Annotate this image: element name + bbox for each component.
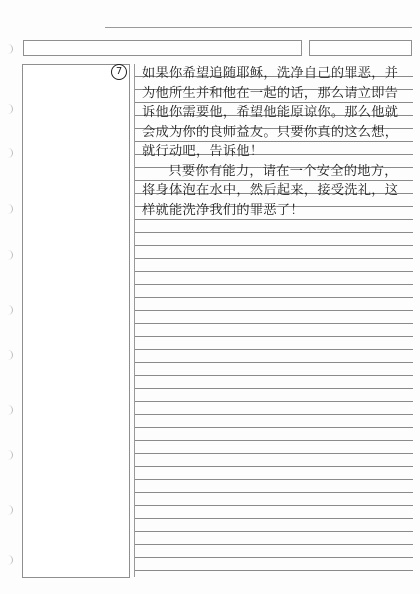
binder-hole-icon <box>6 350 13 360</box>
header-field-wide <box>23 40 302 56</box>
handwritten-text: 如果你希望追随耶稣，洗净自己的罪恶，并为他所生并和他在一起的话，那么请立即告诉他… <box>142 64 408 220</box>
margin-column <box>22 64 130 578</box>
binder-hole-icon <box>6 44 13 54</box>
header-rule <box>105 27 412 28</box>
header-field-small <box>309 40 412 56</box>
item-number-badge: 7 <box>111 64 127 80</box>
paragraph-1: 如果你希望追随耶稣，洗净自己的罪恶，并为他所生并和他在一起的话，那么请立即告诉他… <box>142 64 408 162</box>
binder-hole-icon <box>6 405 13 415</box>
binder-hole-icon <box>6 450 13 460</box>
binder-hole-icon <box>6 305 13 315</box>
binder-hole-icon <box>6 555 13 565</box>
binder-hole-icon <box>6 148 13 158</box>
binder-hole-icon <box>6 204 13 214</box>
paragraph-2: 只要你有能力，请在一个安全的地方，将身体泡在水中，然后起来，接受洗礼，这样就能洗… <box>142 162 408 221</box>
binder-hole-icon <box>6 505 13 515</box>
binder-hole-icon <box>6 250 13 260</box>
binder-hole-icon <box>6 104 13 114</box>
